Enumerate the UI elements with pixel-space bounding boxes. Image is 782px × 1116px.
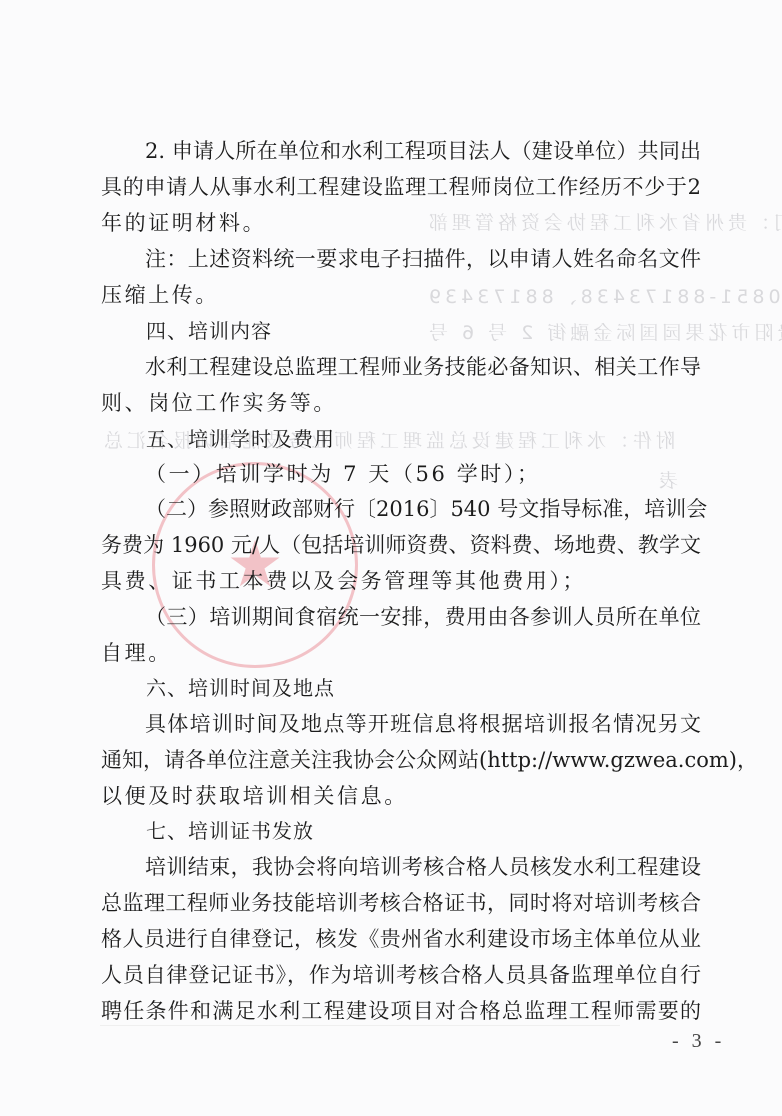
list-item: （二）参照财政部财行〔2016〕540 号文指导标准，培训会 xyxy=(145,491,701,527)
section-heading-hours-and-fees: 五、培训学时及费用 xyxy=(146,421,746,457)
section-heading-certificate-issuance: 七、培训证书发放 xyxy=(146,813,746,849)
note-line: 注：上述资料统一要求电子扫描件，以申请人姓名命名文件 xyxy=(145,241,701,277)
paragraph-line: 人员自律登记证书》，作为培训考核合格人员具备监理单位自行 xyxy=(101,957,701,993)
paragraph-line: 格人员进行自律登记，核发《贵州省水利建设市场主体单位从业 xyxy=(101,921,701,957)
paragraph-line: 通知，请各单位注意关注我协会公众网站(http://www.gzwea.com)… xyxy=(101,742,701,778)
paragraph-line: 年的证明材料。 xyxy=(101,205,701,241)
list-item-line: 具费、证书工本费以及会务管理等其他费用）； xyxy=(101,563,701,599)
section-heading-time-and-location: 六、培训时间及地点 xyxy=(146,670,746,706)
page-number: - 3 - xyxy=(672,1030,725,1053)
paragraph-line: 具的申请人从事水利工程建设监理工程师岗位工作经历不少于2 xyxy=(101,169,701,205)
note-line: 压缩上传。 xyxy=(101,277,701,313)
section-heading-training-content: 四、培训内容 xyxy=(146,313,746,349)
paragraph-line: 聘任条件和满足水利工程建设项目对合格总监理工程师需要的 xyxy=(101,993,701,1029)
paragraph-line: 2. 申请人所在单位和水利工程项目法人（建设单位）共同出 xyxy=(145,133,701,169)
list-item-line: 务费为 1960 元/人（包括培训师资费、资料费、场地费、教学文 xyxy=(101,527,701,563)
paragraph-line: 则、岗位工作实务等。 xyxy=(101,385,701,421)
document-page: 联系部门：贵州省水利工程协会资格管理部 联系电话：0851-88173438、8… xyxy=(0,0,782,1116)
paragraph-line: 具体培训时间及地点等开班信息将根据培训报名情况另文 xyxy=(145,706,701,742)
list-item: （一）培训学时为 7 天（56 学时）； xyxy=(145,456,701,492)
paragraph-line: 水利工程建设总监理工程师业务技能必备知识、相关工作导 xyxy=(145,349,701,385)
list-item: （三）培训期间食宿统一安排，费用由各参训人员所在单位 xyxy=(145,599,701,635)
paragraph-line: 培训结束，我协会将向培训考核合格人员核发水利工程建设 xyxy=(145,849,701,885)
paragraph-line: 总监理工程师业务技能培训考核合格证书，同时将对培训考核合 xyxy=(101,885,701,921)
scan-artifact-divider xyxy=(100,1025,620,1026)
list-item-line: 自理。 xyxy=(101,635,701,671)
paragraph-line: 以便及时获取培训相关信息。 xyxy=(101,778,701,814)
